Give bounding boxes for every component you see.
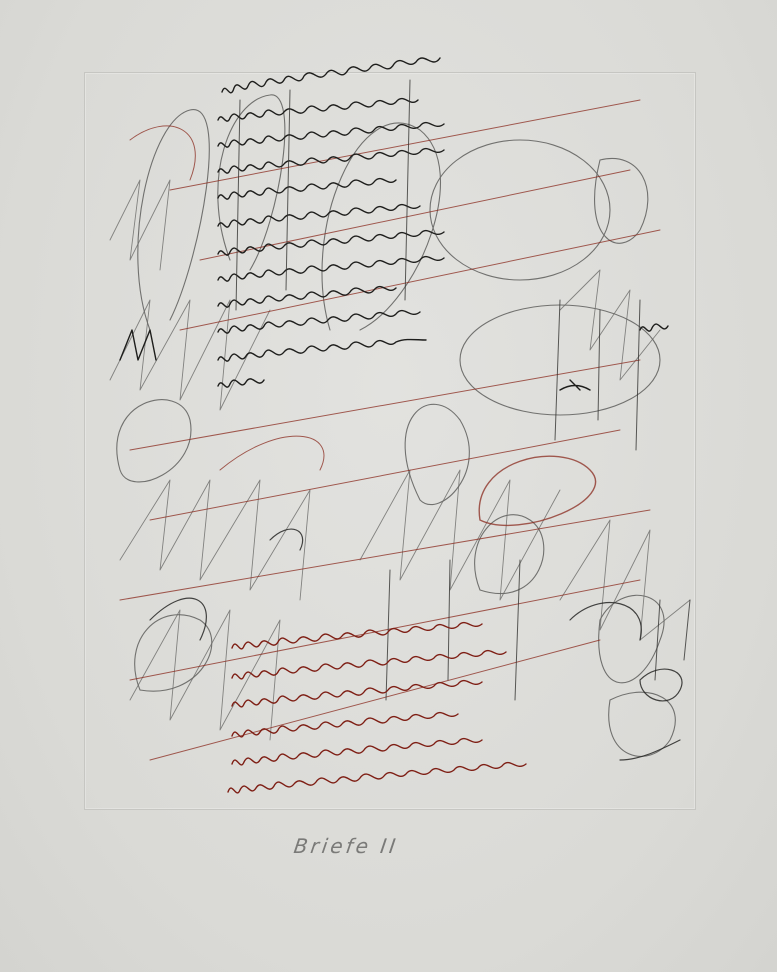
red-strokes [120,100,660,760]
scribble-artwork [0,0,777,972]
upper-handwriting [120,58,668,390]
vertical-strokes [236,80,690,700]
artwork-title-pencil: Briefe II [292,834,400,858]
black-flourishes [150,529,682,760]
grey-zigzags [110,180,690,740]
grey-loops [117,95,676,757]
